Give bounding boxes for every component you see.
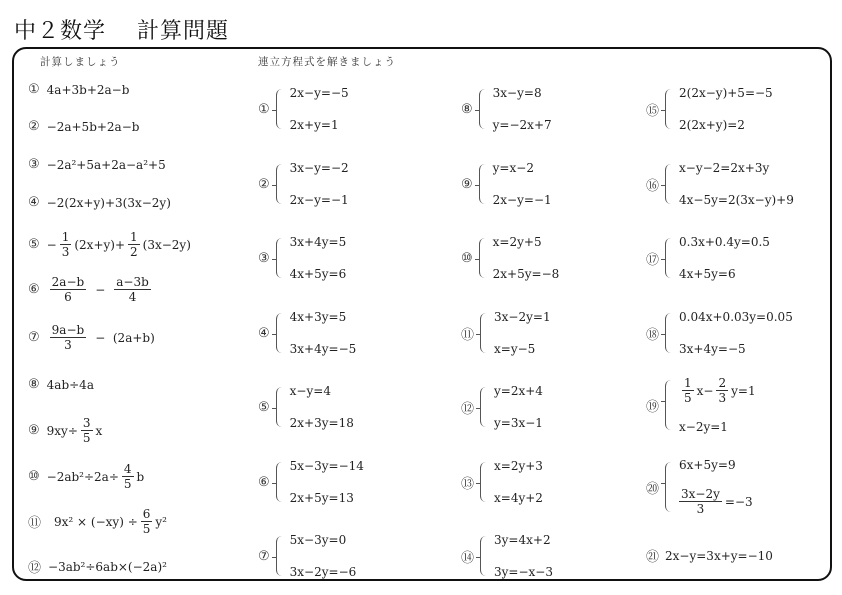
- denominator: 3: [697, 502, 705, 516]
- item-number: ⑭: [461, 547, 474, 566]
- calc-item-3: ③ −2a²+5a+2a−a²+5: [28, 157, 166, 172]
- fraction: 15: [682, 376, 694, 405]
- item-number: ⑦: [28, 330, 40, 345]
- expression-part: (3x−2y): [143, 238, 191, 252]
- calc-item-2: ② −2a+5b+2a−b: [28, 119, 139, 134]
- item-number: ㉑: [646, 546, 659, 565]
- expression: −2(2x+y)+3(3x−2y): [47, 196, 171, 210]
- expression-part: −2ab²÷2a÷: [47, 470, 119, 484]
- system-19: ⑲ 15 x− 23 y=1 x−2y=1: [646, 376, 756, 434]
- system-12: ⑫ y=2x+4y=3x−1: [461, 384, 543, 430]
- item-number: ⑬: [461, 473, 474, 492]
- item-number: ⑨: [28, 423, 40, 438]
- denominator: 5: [83, 431, 91, 445]
- fraction: 65: [141, 507, 153, 536]
- calc-item-5: ⑤ − 13 (2x+y)+ 12 (3x−2y): [28, 230, 191, 259]
- brace-icon: [480, 313, 486, 353]
- brace-icon: [276, 238, 282, 278]
- equation: 2(2x+y)=2: [679, 118, 773, 132]
- denominator: 5: [124, 477, 132, 491]
- equation: 4x+5y=6: [679, 267, 770, 281]
- equation: 2x+5y=13: [290, 491, 364, 505]
- denominator: 3: [64, 338, 72, 352]
- equation: 2x−y=−1: [493, 193, 552, 207]
- expression-part: − (2a+b): [95, 331, 155, 345]
- page-title: 中２数学 計算問題: [14, 14, 229, 45]
- equation: 15 x− 23 y=1: [679, 376, 756, 405]
- equation: y=−2x+7: [493, 118, 552, 132]
- equation: 3x+4y=−5: [290, 342, 357, 356]
- fraction: 23: [716, 376, 728, 405]
- denominator: 4: [129, 290, 137, 304]
- numerator: 2a−b: [50, 275, 87, 290]
- item-number: ④: [258, 326, 270, 341]
- item-number: ⑧: [461, 102, 473, 117]
- brace-icon: [665, 462, 671, 512]
- calc-item-8: ⑧ 4ab÷4a: [28, 377, 94, 392]
- calc-item-1: ① 4a+3b+2a−b: [28, 82, 129, 97]
- item-number: ②: [28, 119, 40, 134]
- brace-icon: [276, 387, 282, 427]
- item-number: ⑪: [461, 324, 474, 343]
- brace-icon: [276, 164, 282, 204]
- system-5: ⑤ x−y=42x+3y=18: [258, 384, 354, 430]
- equation: x=y−5: [494, 342, 551, 356]
- equation: 5x−3y=−14: [290, 459, 364, 473]
- expression: −3ab²÷6ab×(−2a)²: [48, 560, 167, 574]
- brace-icon: [479, 89, 485, 129]
- item-number: ⑮: [646, 100, 659, 119]
- fraction: 45: [122, 462, 134, 491]
- item-number: ⑲: [646, 396, 659, 415]
- expression-part: (2x+y)+: [74, 238, 125, 252]
- item-number: ④: [28, 195, 40, 210]
- system-8: ⑧ 3x−y=8y=−2x+7: [461, 86, 552, 132]
- expression-part: y=1: [731, 384, 755, 398]
- right-heading: 連立方程式を解きましょう: [258, 54, 396, 69]
- denominator: 3: [718, 391, 726, 405]
- item-number: ⑫: [28, 557, 41, 576]
- equation: x=2y+3: [494, 459, 543, 473]
- equation: 3x−y=−2: [290, 161, 349, 175]
- brace-icon: [665, 313, 671, 353]
- equation: 2x−y=3x+y=−10: [665, 549, 773, 563]
- system-7: ⑦ 5x−3y=03x−2y=−6: [258, 533, 356, 579]
- system-9: ⑨ y=x−22x−y=−1: [461, 161, 552, 207]
- brace-icon: [276, 89, 282, 129]
- item-number: ⑦: [258, 549, 270, 564]
- expression-part: −: [95, 283, 105, 297]
- fraction: a−3b4: [114, 275, 151, 304]
- equation: 3x+4y=−5: [679, 342, 793, 356]
- system-3: ③ 3x+4y=54x+5y=6: [258, 235, 346, 281]
- expression-part: x: [96, 424, 103, 438]
- equation: 0.04x+0.03y=0.05: [679, 310, 793, 324]
- calc-item-10: ⑩ −2ab²÷2a÷ 45 b: [28, 462, 144, 491]
- equation: x−2y=1: [679, 420, 756, 434]
- brace-icon: [480, 536, 486, 576]
- system-21: ㉑ 2x−y=3x+y=−10: [646, 546, 773, 565]
- brace-icon: [665, 164, 671, 204]
- brace-icon: [479, 164, 485, 204]
- system-15: ⑮ 2(2x−y)+5=−52(2x+y)=2: [646, 86, 773, 132]
- item-number: ⑯: [646, 175, 659, 194]
- denominator: 5: [684, 391, 692, 405]
- equation: 5x−3y=0: [290, 533, 357, 547]
- system-10: ⑩ x=2y+52x+5y=−8: [461, 235, 559, 281]
- equation: 2x−y=−1: [290, 193, 349, 207]
- fraction: 3x−2y3: [679, 487, 722, 516]
- calc-item-12: ⑫ −3ab²÷6ab×(−2a)²: [28, 557, 167, 576]
- equation: y=x−2: [493, 161, 552, 175]
- system-16: ⑯ x−y−2=2x+3y4x−5y=2(3x−y)+9: [646, 161, 794, 207]
- brace-icon: [480, 387, 486, 427]
- item-number: ①: [258, 102, 270, 117]
- equation: 3x−y=8: [493, 86, 552, 100]
- equation: x−y=4: [290, 384, 354, 398]
- numerator: 1: [60, 230, 72, 245]
- item-number: ⑰: [646, 249, 659, 268]
- equation: 3x−2y3 =−3: [679, 487, 753, 516]
- calc-item-11: ⑪ 9x² × (−xy) ÷ 65 y²: [28, 507, 167, 536]
- equation: 4x+3y=5: [290, 310, 357, 324]
- equation: 0.3x+0.4y=0.5: [679, 235, 770, 249]
- left-heading: 計算しましょう: [40, 54, 121, 69]
- item-number: ⑳: [646, 478, 659, 497]
- calc-item-6: ⑥ 2a−b6 − a−3b4: [28, 275, 154, 304]
- brace-icon: [276, 462, 282, 502]
- equation: x−y−2=2x+3y: [679, 161, 794, 175]
- item-number: ②: [258, 177, 270, 192]
- expression-part: y²: [155, 515, 167, 529]
- denominator: 5: [143, 522, 151, 536]
- item-number: ⑥: [258, 475, 270, 490]
- expression-part: x−: [697, 384, 714, 398]
- equation: x=4y+2: [494, 491, 543, 505]
- calc-item-9: ⑨ 9xy÷ 35 x: [28, 416, 102, 445]
- numerator: 1: [128, 230, 140, 245]
- equation: 3x−2y=−6: [290, 565, 357, 579]
- equation: y=2x+4: [494, 384, 543, 398]
- item-number: ⑤: [28, 237, 40, 252]
- expression-part: −: [47, 238, 57, 252]
- denominator: 3: [62, 245, 70, 259]
- item-number: ⑪: [28, 512, 41, 531]
- equation: 4x−5y=2(3x−y)+9: [679, 193, 794, 207]
- equation: 2x+3y=18: [290, 416, 354, 430]
- item-number: ⑫: [461, 398, 474, 417]
- equation: x=2y+5: [493, 235, 560, 249]
- numerator: 1: [682, 376, 694, 391]
- equation: 2x+y=1: [290, 118, 349, 132]
- fraction: 35: [81, 416, 93, 445]
- calc-item-4: ④ −2(2x+y)+3(3x−2y): [28, 195, 171, 210]
- equation: y=3x−1: [494, 416, 543, 430]
- fraction: 12: [128, 230, 140, 259]
- fraction: 13: [60, 230, 72, 259]
- brace-icon: [665, 89, 671, 129]
- equation: 2(2x−y)+5=−5: [679, 86, 773, 100]
- system-6: ⑥ 5x−3y=−142x+5y=13: [258, 459, 364, 505]
- equation: 3y=−x−3: [494, 565, 553, 579]
- equation: 3x−2y=1: [494, 310, 551, 324]
- expression: −2a+5b+2a−b: [47, 120, 140, 134]
- numerator: a−3b: [114, 275, 151, 290]
- brace-icon: [480, 462, 486, 502]
- system-17: ⑰ 0.3x+0.4y=0.54x+5y=6: [646, 235, 770, 281]
- item-number: ③: [28, 157, 40, 172]
- equation: 3x+4y=5: [290, 235, 347, 249]
- equation: 2x−y=−5: [290, 86, 349, 100]
- expression-part: b: [137, 470, 145, 484]
- denominator: 6: [64, 290, 72, 304]
- brace-icon: [665, 380, 671, 430]
- item-number: ⑧: [28, 377, 40, 392]
- equation: 3y=4x+2: [494, 533, 553, 547]
- system-2: ② 3x−y=−22x−y=−1: [258, 161, 349, 207]
- expression-part: =−3: [725, 495, 753, 509]
- system-20: ⑳ 6x+5y=9 3x−2y3 =−3: [646, 458, 753, 516]
- equation: 6x+5y=9: [679, 458, 753, 472]
- item-number: ⑩: [28, 469, 40, 484]
- equation: 2x+5y=−8: [493, 267, 560, 281]
- system-13: ⑬ x=2y+3x=4y+2: [461, 459, 543, 505]
- item-number: ⑥: [28, 282, 40, 297]
- denominator: 2: [130, 245, 138, 259]
- item-number: ①: [28, 82, 40, 97]
- item-number: ③: [258, 251, 270, 266]
- system-4: ④ 4x+3y=53x+4y=−5: [258, 310, 356, 356]
- expression: −2a²+5a+2a−a²+5: [47, 158, 166, 172]
- fraction: 2a−b6: [50, 275, 87, 304]
- numerator: 4: [122, 462, 134, 477]
- expression: 4ab÷4a: [47, 378, 94, 392]
- numerator: 6: [141, 507, 153, 522]
- calc-item-7: ⑦ 9a−b3 − (2a+b): [28, 323, 155, 352]
- item-number: ⑤: [258, 400, 270, 415]
- fraction: 9a−b3: [50, 323, 87, 352]
- brace-icon: [665, 238, 671, 278]
- brace-icon: [479, 238, 485, 278]
- system-14: ⑭ 3y=4x+23y=−x−3: [461, 533, 553, 579]
- expression-part: 9x² × (−xy) ÷: [54, 515, 138, 529]
- system-11: ⑪ 3x−2y=1x=y−5: [461, 310, 551, 356]
- item-number: ⑩: [461, 251, 473, 266]
- system-18: ⑱ 0.04x+0.03y=0.053x+4y=−5: [646, 310, 793, 356]
- equation: 4x+5y=6: [290, 267, 347, 281]
- expression-part: 9xy÷: [47, 424, 78, 438]
- brace-icon: [276, 313, 282, 353]
- numerator: 2: [716, 376, 728, 391]
- expression: 4a+3b+2a−b: [47, 83, 130, 97]
- item-number: ⑨: [461, 177, 473, 192]
- numerator: 3x−2y: [679, 487, 722, 502]
- item-number: ⑱: [646, 324, 659, 343]
- brace-icon: [276, 536, 282, 576]
- numerator: 3: [81, 416, 93, 431]
- system-1: ① 2x−y=−52x+y=1: [258, 86, 349, 132]
- numerator: 9a−b: [50, 323, 87, 338]
